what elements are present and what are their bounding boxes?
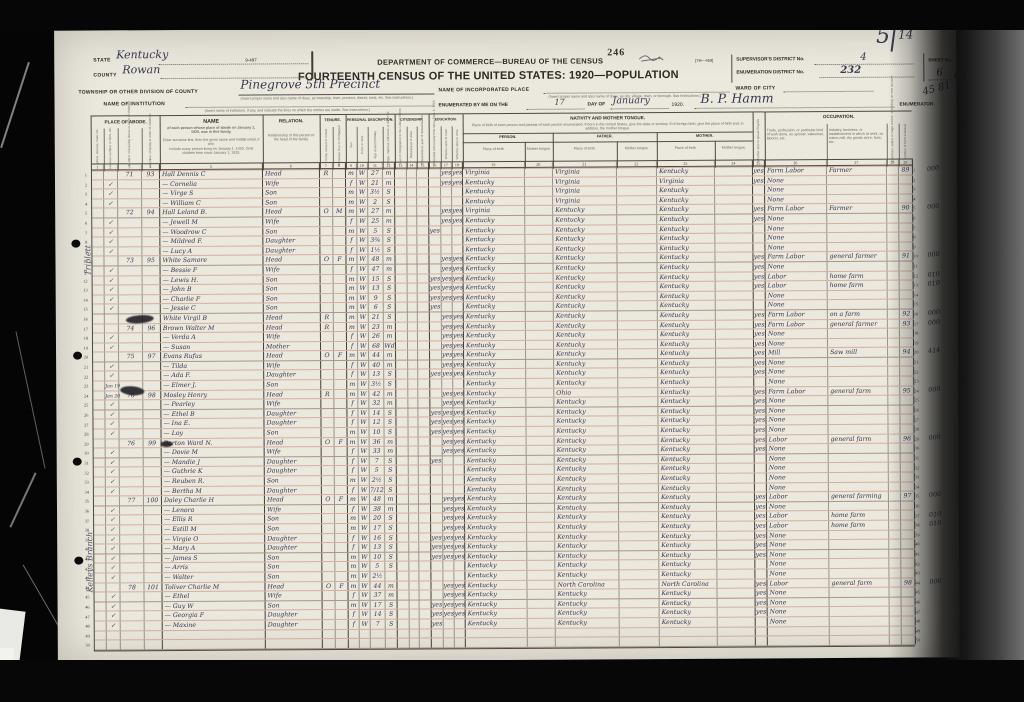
cell-ten <box>321 275 334 284</box>
cell-cls <box>888 367 900 376</box>
cell-st <box>92 199 104 208</box>
cell-age: 47 <box>369 265 384 274</box>
cell-c15 <box>418 332 430 341</box>
cell-ind <box>828 406 888 415</box>
cell-en <box>755 454 767 463</box>
cell-c15 <box>418 351 430 360</box>
cell-fno <box>899 213 913 222</box>
cell-pft <box>618 407 658 416</box>
cell-pft <box>618 378 658 387</box>
enumerated-label: ENUMERATED BY ME ON THE <box>439 103 508 108</box>
cell-c14 <box>409 562 419 571</box>
cell-chk: ✓ <box>104 218 118 227</box>
cell-pbt <box>527 551 555 560</box>
cell-sch <box>429 245 441 254</box>
cell-rd <box>443 571 454 580</box>
cell-fm <box>335 486 348 495</box>
cell-pf <box>556 637 620 646</box>
cell-wr: yes <box>454 552 465 561</box>
cell-rd: yes <box>443 514 454 523</box>
cell-sch <box>431 475 443 484</box>
cell-c13 <box>398 610 410 619</box>
cell-age: 37 <box>371 591 386 600</box>
cell-sch: yes <box>430 418 442 427</box>
cell-pmt <box>716 339 754 348</box>
office-code: 010 <box>929 509 942 518</box>
row-number: 19 <box>76 343 88 353</box>
row-number: 49 <box>78 631 90 641</box>
cell-age: 42 <box>369 389 384 398</box>
cell-fm <box>334 303 347 312</box>
cell-occ: None <box>768 617 830 626</box>
cell-c14 <box>408 408 418 417</box>
cell-st <box>95 602 107 611</box>
office-code: 000 <box>927 164 940 173</box>
cell-fm <box>333 188 346 197</box>
row-number: 47 <box>78 612 90 622</box>
cell-cls <box>887 223 899 232</box>
cell-ten <box>323 601 336 610</box>
cell-ten <box>322 543 335 552</box>
cell-c13 <box>395 197 407 206</box>
cell-sex: f <box>349 591 360 600</box>
cell-name: — Jewell M <box>160 217 263 226</box>
row-number: 46 <box>916 597 928 607</box>
cell-c13 <box>395 178 407 187</box>
cell-c13 <box>397 428 409 437</box>
cell-pf: Kentucky <box>555 570 619 579</box>
cell-rel: Daughter <box>265 486 322 495</box>
cell-pmt <box>716 310 754 319</box>
cell-fno <box>901 501 915 510</box>
cell-fno <box>901 568 915 577</box>
film-edge-top <box>0 0 1024 30</box>
cell-rd: yes <box>443 447 454 456</box>
cell-c14 <box>409 447 419 456</box>
cell-col: W <box>358 370 369 379</box>
cell-pm: Kentucky <box>659 426 717 435</box>
cell-fno: 92 <box>900 309 914 318</box>
cell-c13 <box>397 543 409 552</box>
cell-name: — Cornelia <box>160 179 263 188</box>
cell-c13 <box>395 188 407 197</box>
cell-age: 3¾ <box>368 236 383 245</box>
row-number: 30 <box>915 444 927 454</box>
cell-sex: f <box>348 466 359 475</box>
brace <box>311 51 313 79</box>
cell-pm: Kentucky <box>657 186 715 195</box>
cell-rel: Mother <box>264 342 321 351</box>
cell-pf: Kentucky <box>554 398 618 407</box>
pob-label: Place of birth. <box>553 146 617 150</box>
cell-sch <box>432 629 444 638</box>
mt-label: Mother tongue. <box>715 145 753 149</box>
cell-ind: home farm <box>829 521 889 530</box>
cell-sex: m <box>346 198 357 207</box>
cell-occ: None <box>767 531 829 540</box>
cell-fno <box>901 520 915 529</box>
cell-name: — Virgie O <box>162 534 265 543</box>
cell-st <box>93 362 105 371</box>
cell-pft <box>619 455 659 464</box>
cell-c15 <box>419 543 431 552</box>
cell-name: — Verda A <box>161 333 264 342</box>
cell-ind <box>827 194 887 203</box>
cell-st <box>92 180 104 189</box>
cell-pm: Kentucky <box>658 339 716 348</box>
cell-c13 <box>396 303 408 312</box>
cell-name: Toliver Charlie M <box>162 582 265 591</box>
cell-fm <box>335 524 348 533</box>
cell-mar <box>386 629 398 638</box>
cell-sch: yes <box>431 543 443 552</box>
cell-col: W <box>358 342 369 351</box>
cell-c13 <box>396 322 408 331</box>
cell-fno: 96 <box>901 434 915 443</box>
cell-c14 <box>407 169 417 178</box>
cell-occ: Farm Labor <box>765 204 827 213</box>
cell-ind: Farmer <box>827 166 887 175</box>
cell-pft <box>618 311 658 320</box>
cell-fam <box>144 429 162 438</box>
cell-occ: None <box>766 358 828 367</box>
cell-col: W <box>359 457 370 466</box>
row-number: 26 <box>914 405 926 415</box>
township-value: Pinegrove 5th Precinct <box>240 77 380 92</box>
cell-en: yes <box>753 176 765 185</box>
cell-en: yes <box>755 493 767 502</box>
cell-age: 38 <box>370 505 385 514</box>
cell-pbt <box>526 302 554 311</box>
cell-pbt <box>527 542 555 551</box>
cell-pft <box>617 177 657 186</box>
row-number: 35 <box>77 497 89 507</box>
cell-fam: 95 <box>142 256 160 265</box>
cell-col <box>360 629 371 638</box>
cell-sex: f <box>347 332 358 341</box>
cell-pft <box>617 234 657 243</box>
cell-pmt <box>716 358 754 367</box>
cell-pmt <box>717 502 755 511</box>
cell-pft <box>617 186 657 195</box>
enum-district-label: ENUMERATION DISTRICT No. <box>736 70 804 75</box>
cell-name: — Susan <box>161 342 264 351</box>
cell-mar: m <box>384 265 396 274</box>
cell-name: — Tilda <box>161 361 264 370</box>
cell-wr <box>455 638 466 647</box>
cell-sch <box>431 571 443 580</box>
cell-col: W <box>359 447 370 456</box>
cell-c15 <box>417 188 429 197</box>
cell-wr: yes <box>454 446 465 455</box>
cell-ten <box>322 553 335 562</box>
cell-c13 <box>396 284 408 293</box>
cell-c15 <box>420 639 432 648</box>
cell-fno: 94 <box>900 348 914 357</box>
pob-label: Place of birth. <box>657 146 715 150</box>
row-number: 8 <box>913 233 925 243</box>
cell-sch <box>429 216 441 225</box>
cell-mar: m <box>385 447 397 456</box>
month-line <box>611 107 669 109</box>
cell-c13 <box>395 255 407 264</box>
cell-ind <box>829 559 889 568</box>
cell-pm: Kentucky <box>658 416 716 425</box>
cell-chk: ✓ <box>105 372 119 381</box>
cell-ten <box>323 630 336 639</box>
cell-fm <box>334 361 347 370</box>
row-number: 15 <box>76 305 88 315</box>
cell-pb: Kentucky <box>463 254 525 263</box>
cell-sex: m <box>348 495 359 504</box>
row-number: 11 <box>914 261 926 271</box>
cell-pm: Kentucky <box>660 608 718 617</box>
cell-c15 <box>420 591 432 600</box>
cell-fm <box>334 409 347 418</box>
row-number: 23 <box>914 377 926 387</box>
cell-age: 44 <box>369 351 384 360</box>
cell-name: — Bessie F <box>161 265 264 274</box>
cell-occ: None <box>765 243 827 252</box>
cell-pb: Kentucky <box>465 465 527 474</box>
cell-en: yes <box>754 416 766 425</box>
cell-c15 <box>419 437 431 446</box>
cell-pft <box>618 359 658 368</box>
film-scratch <box>997 200 1007 460</box>
institution-note: (Insert name of institution, if any, and… <box>205 108 415 113</box>
cell-dw <box>120 429 144 438</box>
cell-col: W <box>359 543 370 552</box>
cell-st <box>94 458 106 467</box>
column-label-vertical: Number of family in order of visitation <box>149 126 153 166</box>
cell-pbt <box>527 456 555 465</box>
cell-pmt <box>715 253 753 262</box>
cell-pf: Virginia <box>553 196 617 205</box>
cell-cls <box>889 511 901 520</box>
cell-fm <box>333 246 346 255</box>
cell-en: yes <box>754 339 766 348</box>
cell-name <box>163 640 266 649</box>
cell-chk: ✓ <box>106 429 120 438</box>
cell-en: yes <box>755 531 767 540</box>
cell-pft <box>619 426 659 435</box>
cell-en <box>753 224 765 233</box>
cell-age <box>371 639 386 648</box>
cell-col: W <box>357 169 368 178</box>
cell-fno <box>901 463 915 472</box>
cell-en: yes <box>755 589 767 598</box>
cell-fam <box>142 199 160 208</box>
cell-chk: ✓ <box>106 535 120 544</box>
cell-mar: m <box>385 504 397 513</box>
cell-sex: f <box>348 505 359 514</box>
cell-mar: S <box>383 226 395 235</box>
cell-dw <box>120 448 144 457</box>
cell-dw <box>118 247 142 256</box>
cell-ind <box>828 262 888 271</box>
cell-pb: Virginia <box>463 206 525 215</box>
cell-sex: m <box>346 188 357 197</box>
cell-sex: m <box>347 303 358 312</box>
cell-fno: 98 <box>901 578 915 587</box>
cell-rd: yes <box>442 274 453 283</box>
cell-sch: yes <box>430 274 442 283</box>
cell-chk <box>106 439 120 448</box>
cell-mar: m <box>383 217 395 226</box>
cell-c15 <box>418 408 430 417</box>
cell-mar: S <box>383 236 395 245</box>
cell-en <box>753 195 765 204</box>
cell-c15 <box>417 178 429 187</box>
cell-pft <box>619 541 659 550</box>
cell-pbt <box>527 446 555 455</box>
cell-ten <box>320 188 333 197</box>
cell-pf: Kentucky <box>553 225 617 234</box>
cell-fm <box>335 476 348 485</box>
cell-pf <box>556 628 620 637</box>
cell-fm <box>334 418 347 427</box>
cell-pmt <box>715 243 753 252</box>
cell-st <box>93 410 105 419</box>
cell-col: W <box>357 226 368 235</box>
row-number: 6 <box>913 213 925 223</box>
cell-dw <box>120 458 144 467</box>
cell-occ: Labor <box>767 435 829 444</box>
cell-age: 17 <box>370 524 385 533</box>
row-number: 50 <box>916 636 928 646</box>
cell-dw: 74 <box>119 324 143 333</box>
census-sheet: 9-497 246 DEPARTMENT OF COMMERCE—BUREAU … <box>54 25 960 662</box>
cell-c15 <box>418 360 430 369</box>
cell-fm <box>335 447 348 456</box>
cell-cls <box>889 492 901 501</box>
cell-sch <box>431 562 443 571</box>
cell-ten: R <box>321 390 334 399</box>
cell-dw <box>120 564 144 573</box>
row-number: 3 <box>913 185 925 195</box>
day-line <box>527 108 585 110</box>
cell-c14 <box>409 485 419 494</box>
cell-pft <box>617 215 657 224</box>
cell-ind <box>828 300 888 309</box>
cell-ten <box>323 620 336 629</box>
cell-pm: Kentucky <box>659 493 717 502</box>
cell-st <box>92 209 104 218</box>
cell-pb: Kentucky <box>464 369 526 378</box>
row-number: 14 <box>76 295 88 305</box>
cell-ten <box>321 361 334 370</box>
state-value: Kentucky <box>116 48 168 61</box>
cell-col: W <box>358 409 369 418</box>
row-number: 26 <box>76 411 88 421</box>
cell-cls <box>889 540 901 549</box>
cell-ind <box>827 223 887 232</box>
cell-chk: ✓ <box>105 305 119 314</box>
row-number: 14 <box>914 290 926 300</box>
cell-fam <box>144 487 162 496</box>
cell-col: W <box>358 313 369 322</box>
cell-rd <box>442 379 453 388</box>
row-number: 34 <box>77 487 89 497</box>
cell-wr: yes <box>454 523 465 532</box>
cell-dw <box>121 631 145 640</box>
cell-pb: Kentucky <box>465 523 527 532</box>
cell-name: — Georgia F <box>163 611 266 620</box>
cell-c14 <box>408 360 418 369</box>
cell-dw <box>118 228 142 237</box>
cell-name: — Mandie J <box>162 457 265 466</box>
cell-sex: f <box>346 246 357 255</box>
cell-pb: Kentucky <box>464 331 526 340</box>
cell-pb: Kentucky <box>465 504 527 513</box>
cell-chk: ✓ <box>106 525 120 534</box>
cell-chk <box>106 583 120 592</box>
cell-mar: m <box>385 495 397 504</box>
cell-ind <box>828 358 888 367</box>
enumerated-month: January <box>612 95 649 106</box>
cell-rel: Son <box>266 601 323 610</box>
cell-mar: S <box>383 245 395 254</box>
row-number: 12 <box>76 276 88 286</box>
column-label-vertical: Number of dwelling house in order of vis… <box>128 126 132 166</box>
cell-cls <box>888 348 900 357</box>
cell-pbt <box>526 312 554 321</box>
cell-ind: home farm <box>828 271 888 280</box>
cell-pm: Kentucky <box>657 234 715 243</box>
cell-col: W <box>357 246 368 255</box>
cell-rd <box>443 456 454 465</box>
cell-sex: m <box>348 438 359 447</box>
cell-c13 <box>398 600 410 609</box>
cell-occ: None <box>767 569 829 578</box>
column-label-vertical: If owned, free or mortgaged <box>337 125 341 164</box>
cell-st <box>93 401 105 410</box>
film-scratch <box>963 420 974 510</box>
row-number: 24 <box>914 386 926 396</box>
cell-c15 <box>417 255 429 264</box>
cell-c15 <box>419 533 431 542</box>
cell-rel: Wife <box>264 332 321 341</box>
cell-fam <box>144 515 162 524</box>
cell-fm <box>333 198 346 207</box>
mt-label: Mother tongue. <box>525 147 553 151</box>
cell-sex: f <box>348 486 359 495</box>
cell-occ: Farm Labor <box>765 166 827 175</box>
cell-fam <box>143 400 161 409</box>
cell-pmt <box>715 224 753 233</box>
cell-pb: Kentucky <box>465 571 527 580</box>
cell-sch <box>431 514 443 523</box>
cell-st <box>92 238 104 247</box>
cell-cls <box>889 453 901 462</box>
cell-chk <box>106 497 120 506</box>
cell-age: 6 <box>369 303 384 312</box>
cell-pf: Kentucky <box>553 244 617 253</box>
cell-fm <box>334 322 347 331</box>
cell-st <box>94 564 106 573</box>
cell-ind <box>827 214 887 223</box>
cell-c13 <box>396 408 408 417</box>
cell-pft <box>619 560 659 569</box>
cell-age: 68 <box>369 341 384 350</box>
cell-col: W <box>359 485 370 494</box>
cell-pf: Kentucky <box>556 618 620 627</box>
cell-rd <box>441 235 452 244</box>
cell-c15 <box>418 370 430 379</box>
cell-c13 <box>395 169 407 178</box>
cell-pb: Kentucky <box>465 475 527 484</box>
cell-occ: None <box>767 454 829 463</box>
